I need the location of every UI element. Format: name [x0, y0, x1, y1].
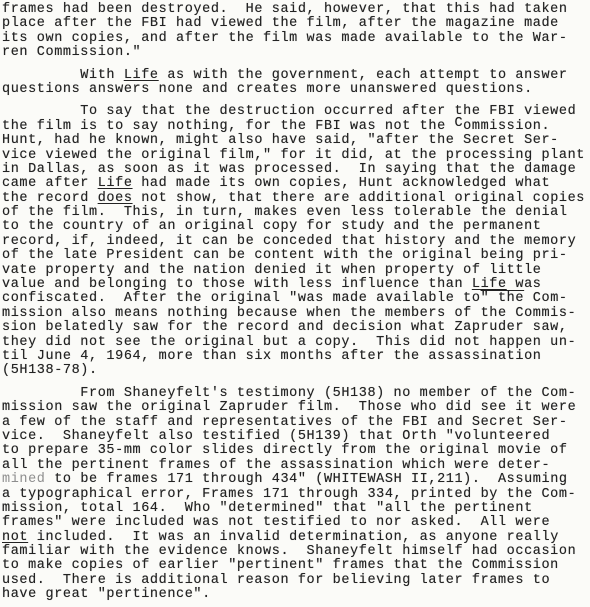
text-run: questions answers none and creates more …: [2, 82, 533, 97]
text-run: frames had been destroyed. He said, howe…: [2, 2, 568, 17]
paragraph: From Shaneyfelt's testimony (5H138) no m…: [2, 387, 588, 603]
text-run: the record: [2, 191, 98, 206]
text-line: questions answers none and creates more …: [2, 83, 588, 97]
text-line: to make copies of earlier "pertinent" fr…: [2, 559, 588, 573]
text-run: vate property and the nation denied it w…: [2, 263, 541, 278]
text-line: its own copies, and after the film was m…: [2, 32, 588, 46]
text-run: C: [454, 116, 463, 131]
text-line: the record does not show, that there are…: [2, 192, 588, 206]
text-run: value and belonging to those with less i…: [2, 277, 472, 292]
text-run: mission saw the original Zapruder film. …: [2, 400, 576, 415]
text-line: all the pertinent frames of the assassin…: [2, 459, 588, 473]
text-line: to the country of an original copy for s…: [2, 220, 588, 234]
paragraph: To say that the destruction occurred aft…: [2, 105, 588, 378]
text-run: confiscated. After the original "was mad…: [2, 291, 481, 306]
text-run: Com-: [524, 291, 568, 306]
text-run: of the film. This, in turn, makes even l…: [2, 205, 568, 220]
text-line: frames" were included was not testified …: [2, 516, 588, 530]
text-line: a few of the staff and representatives o…: [2, 416, 588, 430]
text-run: familiar with the evidence knows. Shaney…: [2, 544, 576, 559]
text-run: not show, that there are additional orig…: [133, 191, 585, 206]
text-line: came after Life had made its own copies,…: [2, 177, 588, 191]
text-run: Hunt, had he known, might also have said…: [2, 133, 559, 148]
text-run: mined: [2, 472, 46, 487]
text-run: the film is to say nothing, for the FBI …: [2, 119, 454, 134]
text-line: mined to be frames 171 through 434" (WHI…: [2, 473, 588, 487]
paragraph: With Life as with the government, each a…: [2, 69, 588, 98]
text-line: mission saw the original Zapruder film. …: [2, 401, 588, 415]
underlined-text: not: [2, 530, 28, 545]
underlined-text: Life: [472, 277, 507, 292]
text-run: came after: [2, 176, 98, 191]
text-run: in Dallas, as soon as it was processed. …: [2, 162, 576, 177]
text-line: place after the FBI had viewed the film,…: [2, 17, 588, 31]
text-line: Hunt, had he known, might also have said…: [2, 134, 588, 148]
text-run: have great "pertinence".: [2, 587, 211, 602]
text-run: place after the FBI had viewed the film,…: [2, 16, 559, 31]
text-run: From Shaneyfelt's testimony (5H138) no m…: [2, 386, 576, 401]
text-run: to prepare 35-mm color slides directly f…: [2, 443, 568, 458]
text-line: ren Commission.": [2, 46, 588, 60]
text-run: was: [507, 277, 542, 292]
overlined-text: " the: [481, 291, 525, 306]
text-line: of the film. This, in turn, makes even l…: [2, 206, 588, 220]
text-line: in Dallas, as soon as it was processed. …: [2, 163, 588, 177]
text-line: mission also means nothing because when …: [2, 307, 588, 321]
text-run: mission also means nothing because when …: [2, 306, 576, 321]
text-run: used. There is additional reason for bel…: [2, 573, 550, 588]
text-run: a few of the staff and representatives o…: [2, 415, 568, 430]
text-line: vate property and the nation denied it w…: [2, 264, 588, 278]
text-run: record, if, indeed, it can be conceded t…: [2, 234, 576, 249]
text-line: til June 4, 1964, more than six months a…: [2, 350, 588, 364]
text-run: til June 4, 1964, more than six months a…: [2, 349, 541, 364]
text-run: to be frames 171 through 434" (WHITEWASH…: [46, 472, 568, 487]
paragraph: frames had been destroyed. He said, howe…: [2, 3, 588, 61]
text-run: With: [2, 68, 124, 83]
text-run: vice. Shaneyfelt also testified (5H139) …: [2, 429, 550, 444]
text-run: frames" were included was not testified …: [2, 515, 550, 530]
underlined-text: Life: [124, 68, 159, 83]
text-run: to the country of an original copy for s…: [2, 219, 541, 234]
text-line: to prepare 35-mm color slides directly f…: [2, 444, 588, 458]
text-run: all the pertinent frames of the assassin…: [2, 458, 550, 473]
underlined-text: Life: [98, 176, 133, 191]
text-run: mission, total 164. Who "determined" tha…: [2, 501, 533, 516]
text-run: ommission.: [463, 119, 550, 134]
text-run: included. It was an invalid determinatio…: [28, 530, 559, 545]
text-run: they did not see the original but a copy…: [2, 335, 576, 350]
text-line: familiar with the evidence knows. Shaney…: [2, 545, 588, 559]
text-line: of the late President can be content wit…: [2, 249, 588, 263]
text-line: not included. It was an invalid determin…: [2, 531, 588, 545]
text-line: used. There is additional reason for bel…: [2, 574, 588, 588]
text-line: confiscated. After the original "was mad…: [2, 292, 588, 306]
text-run: (5H138-78).: [2, 363, 98, 378]
text-line: they did not see the original but a copy…: [2, 336, 588, 350]
text-line: With Life as with the government, each a…: [2, 69, 588, 83]
text-line: the film is to say nothing, for the FBI …: [2, 120, 588, 134]
text-run: to make copies of earlier "pertinent" fr…: [2, 558, 559, 573]
text-line: (5H138-78).: [2, 364, 588, 378]
text-run: a typographical error, Frames 171 throug…: [2, 487, 576, 502]
text-run: its own copies, and after the film was m…: [2, 31, 568, 46]
text-run: of the late President can be content wit…: [2, 248, 568, 263]
text-run: vice viewed the original film," for it d…: [2, 148, 585, 163]
text-line: have great "pertinence".: [2, 588, 588, 602]
underlined-text: does: [98, 191, 133, 206]
text-line: vice. Shaneyfelt also testified (5H139) …: [2, 430, 588, 444]
text-line: frames had been destroyed. He said, howe…: [2, 3, 588, 17]
text-run: had made its own copies, Hunt acknowledg…: [133, 176, 551, 191]
text-line: To say that the destruction occurred aft…: [2, 105, 588, 119]
text-line: From Shaneyfelt's testimony (5H138) no m…: [2, 387, 588, 401]
text-run: as with the government, each attempt to …: [159, 68, 568, 83]
text-line: vice viewed the original film," for it d…: [2, 149, 588, 163]
text-line: a typographical error, Frames 171 throug…: [2, 488, 588, 502]
text-line: record, if, indeed, it can be conceded t…: [2, 235, 588, 249]
text-run: sion belatedly saw for the record and de…: [2, 320, 568, 335]
typewritten-page: frames had been destroyed. He said, howe…: [0, 0, 590, 607]
text-run: ren Commission.": [2, 45, 141, 60]
text-line: mission, total 164. Who "determined" tha…: [2, 502, 588, 516]
text-line: sion belatedly saw for the record and de…: [2, 321, 588, 335]
text-run: To say that the destruction occurred aft…: [2, 104, 576, 119]
